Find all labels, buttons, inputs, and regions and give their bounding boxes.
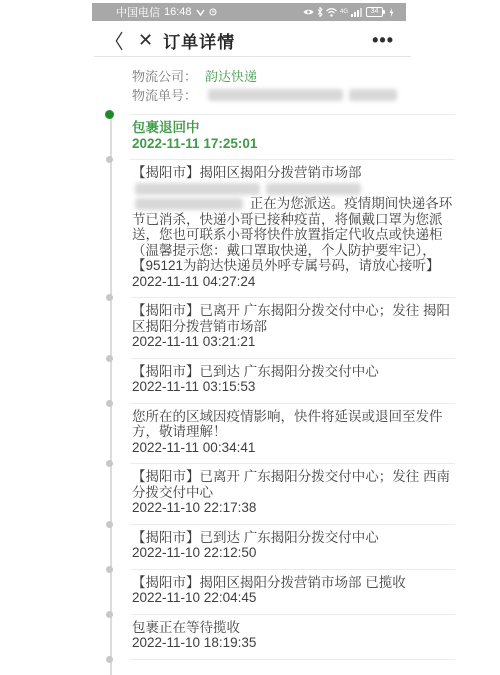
event-timestamp: 2022-11-11 03:15:53 <box>132 379 455 395</box>
battery-icon: 34 <box>366 7 385 17</box>
signal-icon <box>351 8 363 17</box>
event-timestamp: 2022-11-11 17:25:01 <box>132 136 455 152</box>
timeline-event[interactable]: 【揭阳市】已到达 广东揭阳分拨交付中心 2022-11-10 22:12:50 <box>130 524 455 569</box>
event-timestamp: 2022-11-11 04:27:24 <box>132 274 455 290</box>
timeline-event[interactable]: 【揭阳市】已离开 广东揭阳分拨交付中心；发往 揭阳区揭阳分拨营销市场部 2022… <box>130 297 455 358</box>
event-timestamp: 2022-11-11 03:21:21 <box>132 334 455 350</box>
event-description: 【揭阳市】揭阳区揭阳分拨营销市场部 已揽收 <box>132 575 455 591</box>
timeline-event[interactable]: 包裹退回中 2022-11-11 17:25:01 <box>130 114 455 159</box>
alarm-icon <box>209 8 217 16</box>
event-description: 【揭阳市】已离开 广东揭阳分拨交付中心；发往 西南分拨交付中心 <box>132 469 455 500</box>
tracking-number-label: 物流单号： <box>132 85 197 104</box>
timeline-event[interactable]: 【揭阳市】已离开 广东揭阳分拨交付中心；发往 西南分拨交付中心 2022-11-… <box>130 463 455 524</box>
timeline-rail <box>110 112 112 666</box>
charging-icon <box>389 8 394 17</box>
timeline-event[interactable]: 【揭阳市】揭阳区揭阳分拨营销市场部 正在为您派送。疫情期间快递各环节已消杀，快递… <box>130 159 455 297</box>
event-timestamp: 2022-11-10 18:19:35 <box>132 635 455 651</box>
event-description: 【揭阳市】已到达 广东揭阳分拨交付中心 <box>132 364 455 380</box>
redacted-tracking-number <box>208 89 343 101</box>
company-label: 物流公司： <box>132 66 197 85</box>
timeline-event[interactable]: 【揭阳市】揭阳区揭阳分拨营销市场部 已揽收 2022-11-10 22:04:4… <box>130 569 455 614</box>
battery-level-label: 34 <box>366 7 383 17</box>
redacted-text <box>135 183 260 195</box>
event-description: 包裹退回中 <box>132 120 455 136</box>
timeline-event[interactable]: 包裹正在等待揽收 2022-11-10 18:19:35 <box>130 614 455 659</box>
shipping-info: 物流公司： 韵达快递 物流单号： <box>130 57 455 114</box>
network-type-label: 4G <box>340 9 348 15</box>
eye-icon <box>303 8 314 16</box>
redacted-text <box>266 183 361 195</box>
phone-screen: 中国电信 16:48 4G 34 <box>88 0 460 666</box>
timeline-end-divider <box>130 659 455 667</box>
redacted-tracking-number <box>349 89 397 101</box>
event-description: 【揭阳市】揭阳区揭阳分拨营销市场部 正在为您派送。疫情期间快递各环节已消杀，快递… <box>132 165 455 274</box>
event-description: 包裹正在等待揽收 <box>132 620 455 636</box>
page-title: 订单详情 <box>163 28 235 53</box>
company-value: 韵达快递 <box>205 66 257 85</box>
bluetooth-icon <box>317 7 323 17</box>
status-bar: 中国电信 16:48 4G 34 <box>92 3 406 21</box>
timeline-event[interactable]: 您所在的区域因疫情影响，快件将延误或退回至发件方，敬请理解！ 2022-11-1… <box>130 403 455 464</box>
more-menu-icon[interactable]: ••• <box>372 30 394 51</box>
close-icon[interactable]: ✕ <box>138 30 153 51</box>
event-description: 【揭阳市】已到达 广东揭阳分拨交付中心 <box>132 530 455 546</box>
event-description: 您所在的区域因疫情影响，快件将延误或退回至发件方，敬请理解！ <box>132 409 455 440</box>
nav-bar: 〈 ✕ 订单详情 ••• <box>88 21 460 56</box>
wifi-icon <box>326 8 337 17</box>
tracking-content[interactable]: 物流公司： 韵达快递 物流单号： 包裹退回中 2022-11-11 17:25:… <box>88 57 460 665</box>
carrier-label: 中国电信 <box>116 4 160 20</box>
redacted-text <box>135 198 243 210</box>
event-timestamp: 2022-11-10 22:17:38 <box>132 500 455 516</box>
clock-label: 16:48 <box>164 6 192 18</box>
timeline-events: 包裹退回中 2022-11-11 17:25:01 【揭阳市】揭阳区揭阳分拨营销… <box>130 114 455 659</box>
event-timestamp: 2022-11-10 22:04:45 <box>132 590 455 606</box>
event-timestamp: 2022-11-10 22:12:50 <box>132 545 455 561</box>
event-timestamp: 2022-11-11 00:34:41 <box>132 440 455 456</box>
event-description: 【揭阳市】已离开 广东揭阳分拨交付中心；发往 揭阳区揭阳分拨营销市场部 <box>132 303 455 334</box>
timeline-event[interactable]: 【揭阳市】已到达 广东揭阳分拨交付中心 2022-11-11 03:15:53 <box>130 358 455 403</box>
volte-icon <box>196 8 205 17</box>
back-icon[interactable]: 〈 <box>108 27 122 54</box>
